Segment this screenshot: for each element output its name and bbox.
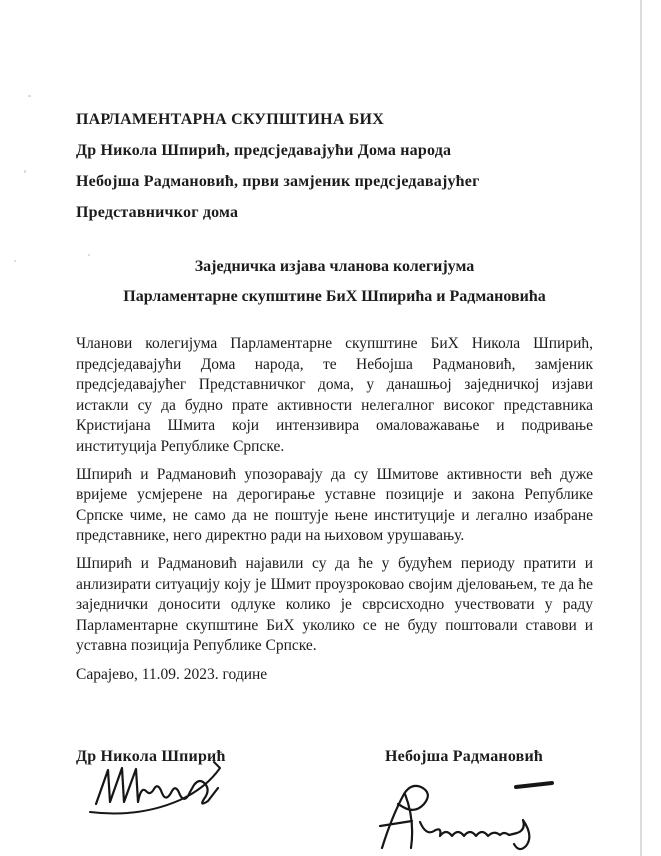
scanned-document-page: ПАРЛАМЕНТАРНА СКУПШТИНА БИХ Др Никола Шп… xyxy=(0,0,661,856)
place-date-line: Сарајево, 11.09. 2023. године xyxy=(76,666,267,684)
sender-block: ПАРЛАМЕНТАРНА СКУПШТИНА БИХ Др Никола Шп… xyxy=(76,104,601,228)
signatory-name-radmanovic: Небојша Радмановић xyxy=(385,748,543,766)
radmanovic-handwritten-signature xyxy=(376,778,566,856)
scan-speck xyxy=(28,95,31,97)
sender-person-2: Небојша Радмановић, први замјеник предсј… xyxy=(76,166,601,228)
title-line-2: Парламентарне скупштине БиХ Шпирића и Ра… xyxy=(76,282,593,312)
scan-speck xyxy=(24,170,26,173)
spiric-handwritten-signature xyxy=(84,758,229,820)
title-line-1: Заједничка изјава чланова колегијума xyxy=(76,252,593,282)
org-name: ПАРЛАМЕНТАРНА СКУПШТИНА БИХ xyxy=(76,104,601,135)
scan-speck xyxy=(14,260,16,262)
paragraph-3: Шпирић и Радмановић најавили су да ће у … xyxy=(76,554,593,657)
paragraph-1: Чланови колегијума Парламентарне скупшти… xyxy=(76,334,593,458)
scanner-edge-artifact xyxy=(640,0,642,856)
paragraph-2: Шпирић и Радмановић упозоравају да су Шм… xyxy=(76,465,593,547)
document-title: Заједничка изјава чланова колегијума Пар… xyxy=(76,252,593,312)
sender-person-1: Др Никола Шпирић, предсједавајући Дома н… xyxy=(76,135,601,166)
document-body: Чланови колегијума Парламентарне скупшти… xyxy=(76,334,593,664)
